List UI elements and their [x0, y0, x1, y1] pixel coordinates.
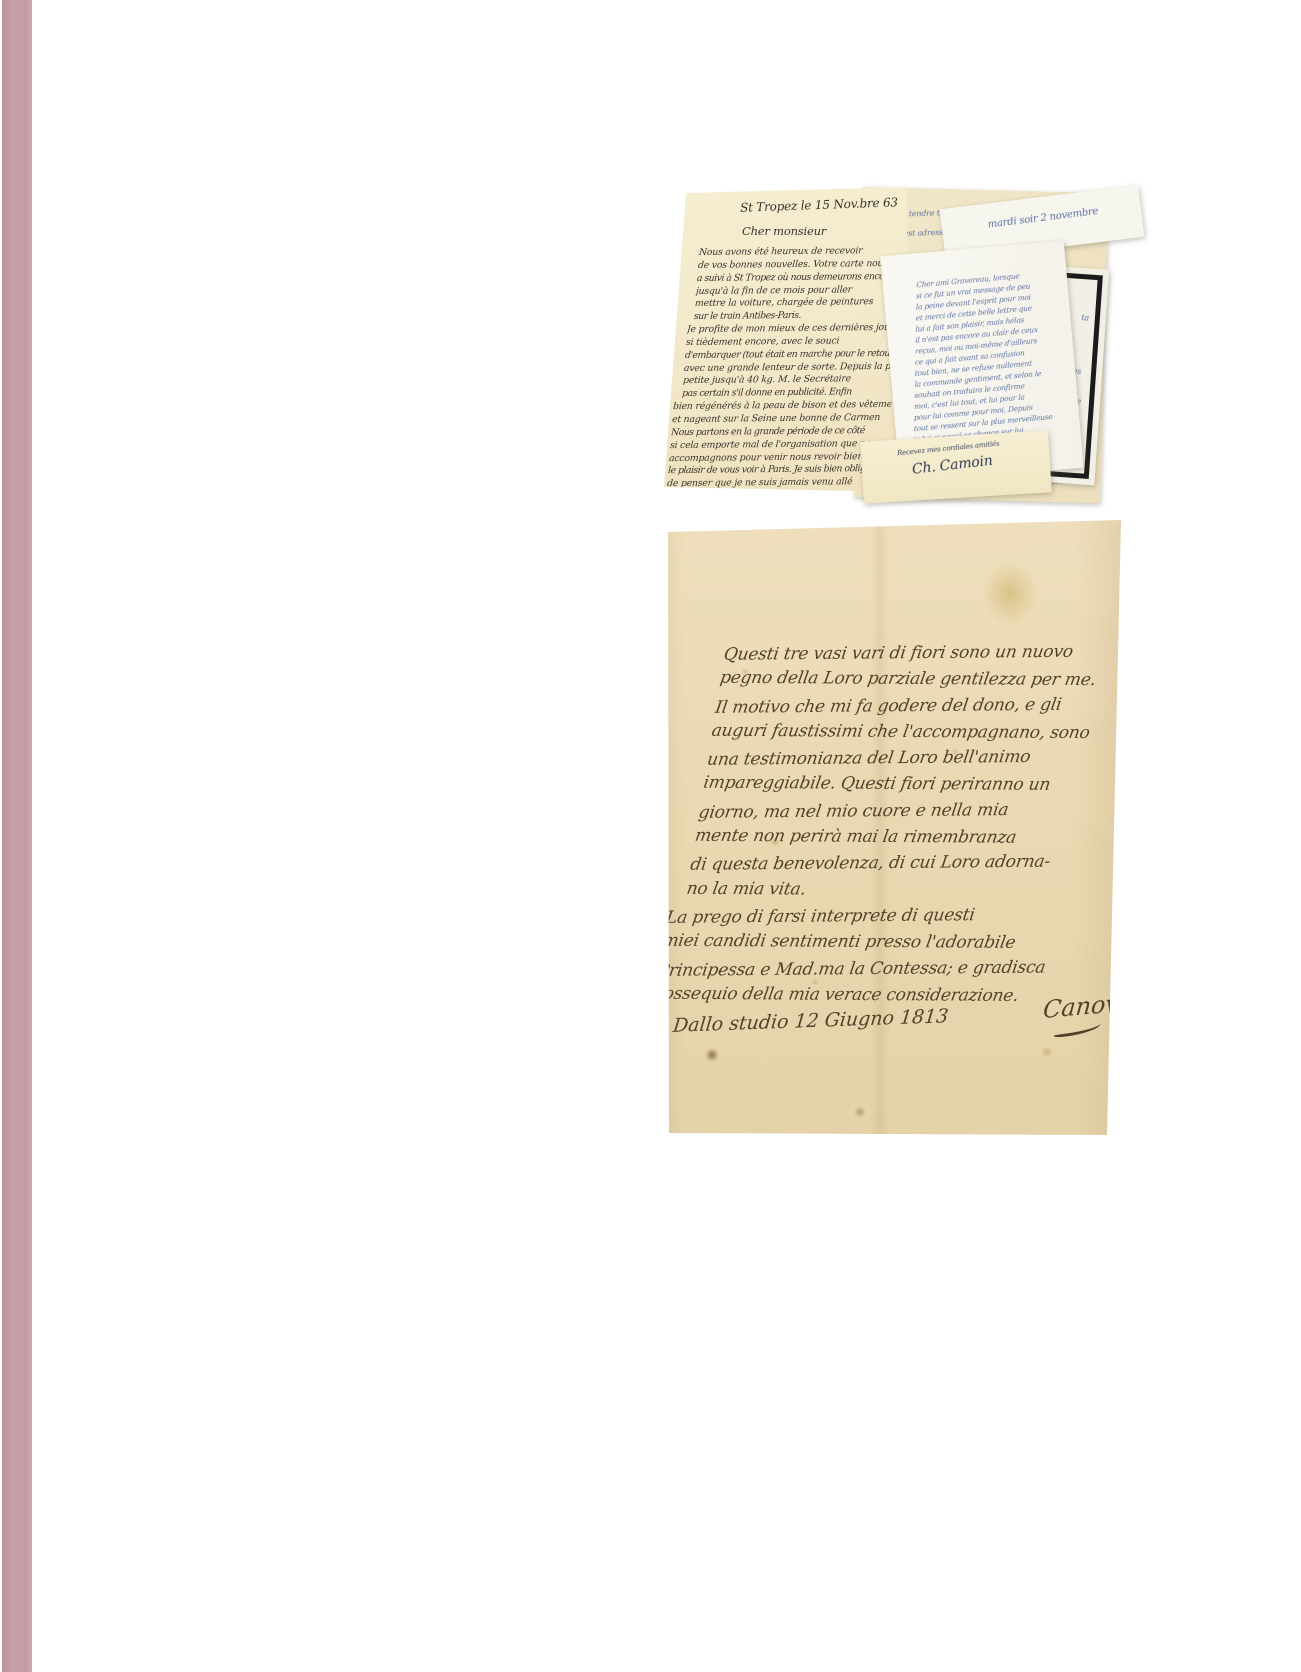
- handwriting-line: mente non perirà mai la rimembranza: [693, 823, 1107, 852]
- letter-fragment: ta: [1081, 313, 1089, 323]
- handwriting-line: Je profite de mon mieux de ces dernières…: [686, 322, 897, 337]
- slip-text: mardi soir 2 novembre: [987, 206, 1099, 230]
- handwriting-line: mettre la voiture, chargée de peintures: [694, 296, 899, 311]
- letter-dateline: Dallo studio 12 Giugno 1813: [672, 1005, 950, 1037]
- handwriting-line: giorno, ma nel mio cuore e nella mia: [697, 796, 1111, 826]
- catalog-page: Hélène ...t ton tendre témoignage ...nou…: [0, 0, 1301, 1672]
- camoin-signature-strip: Recevez mes cordiales amitiés Ch. Camoin: [860, 430, 1051, 503]
- handwriting-line: l'ossequio della mia verace considerazio…: [652, 981, 1082, 1010]
- camoin-signature: Ch. Camoin: [911, 453, 993, 478]
- handwriting-line: pegno della Loro parziale gentilezza per…: [718, 665, 1132, 694]
- letter-body: Questi tre vasi vari di fiori sono un nu…: [668, 640, 1136, 1008]
- handwriting-line: Questi tre vasi vari di fiori sono un nu…: [722, 638, 1136, 668]
- canova-letter-photo: Questi tre vasi vari di fiori sono un nu…: [655, 512, 1130, 1142]
- handwriting-line: miei candidi sentimenti presso l'adorabi…: [660, 928, 1090, 957]
- page-accent-bar: [2, 0, 32, 1672]
- handwriting-line: no la mia vita.: [685, 875, 1099, 904]
- handwriting-line: Il motivo che mi fa godere del dono, e g…: [713, 691, 1127, 721]
- handwriting-line: auguri faustissimi che l'accompagnano, s…: [710, 718, 1124, 747]
- handwriting-line: impareggiabile. Questi fiori periranno u…: [701, 770, 1115, 799]
- handwriting-line: La prego di farsi interprete di questi: [664, 901, 1095, 931]
- handwriting-line: a suivi à St Tropez où nous demeurons en…: [696, 271, 901, 286]
- camoin-letters-photo: Hélène ...t ton tendre témoignage ...nou…: [640, 185, 1150, 507]
- letter-salutation: Cher monsieur: [742, 224, 826, 238]
- letter-dateline: St Tropez le 15 Nov.bre 63: [740, 195, 898, 215]
- handwriting-line: Principessa e Mad.ma la Contessa; e grad…: [656, 954, 1087, 984]
- signature-flourish: [1052, 1021, 1101, 1039]
- handwriting-line: de penser que je ne suis jamais venu all…: [667, 476, 886, 491]
- handwriting-line: di questa benevolenza, di cui Loro adorn…: [689, 849, 1103, 879]
- handwriting-line: una testimonianza del Loro bell'animo: [705, 743, 1119, 773]
- handwriting-line: le plaisir de vous voir à Paris. Je suis…: [667, 463, 886, 478]
